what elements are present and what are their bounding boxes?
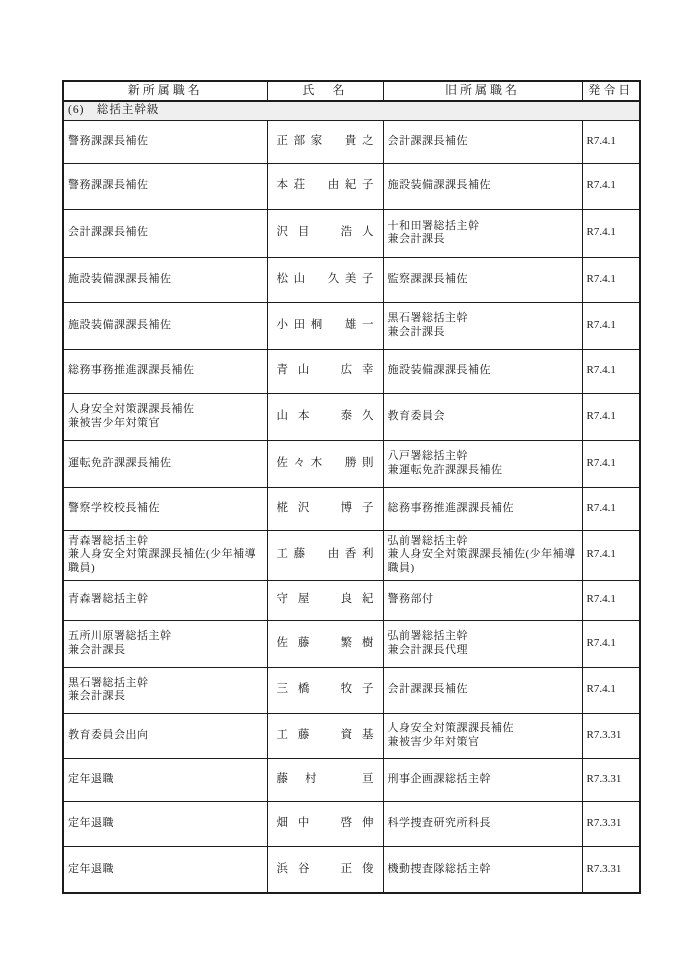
cell-new-position: 五所川原署総括主幹 兼会計課長 [63, 620, 267, 667]
cell-old-position: 十和田署総括主幹 兼会計課長 [383, 209, 582, 257]
cell-new-position: 警察学校校長補佐 [63, 487, 267, 530]
cell-name: 畑中 啓伸 [267, 801, 383, 846]
section-header: (6) 総括主幹級 [63, 101, 640, 120]
cell-new-position: 人身安全対策課課長補佐 兼被害少年対策官 [63, 393, 267, 440]
col-header-name: 氏 名 [267, 81, 383, 101]
person-name: 小田桐 雄一 [277, 319, 374, 333]
table-row: 定年退職 藤村 亘 刑事企画課総括主幹 R7.3.31 [63, 758, 640, 801]
cell-old-position: 監察課課長補佐 [383, 257, 582, 302]
cell-name: 工藤 資基 [267, 713, 383, 758]
cell-date: R7.3.31 [582, 713, 640, 758]
person-name: 守屋 良紀 [277, 593, 374, 607]
cell-date: R7.4.1 [582, 349, 640, 393]
cell-name: 工藤 由香利 [267, 530, 383, 580]
cell-old-position: 科学捜査研究所科長 [383, 801, 582, 846]
cell-name: 松山 久美子 [267, 257, 383, 302]
person-name: 浜谷 正俊 [277, 863, 374, 877]
table-row: 警務課課長補佐 本荘 由紀子 施設装備課課長補佐 R7.4.1 [63, 163, 640, 209]
person-name: 松山 久美子 [277, 273, 374, 287]
section-row: (6) 総括主幹級 [63, 101, 640, 120]
person-name: 工藤 資基 [277, 729, 374, 743]
cell-old-position: 会計課課長補佐 [383, 120, 582, 163]
cell-date: R7.3.31 [582, 801, 640, 846]
table-row: 警務課課長補佐 正部家 貴之 会計課課長補佐 R7.4.1 [63, 120, 640, 163]
cell-old-position: 教育委員会 [383, 393, 582, 440]
cell-old-position: 施設装備課課長補佐 [383, 163, 582, 209]
cell-date: R7.4.1 [582, 440, 640, 487]
cell-date: R7.4.1 [582, 530, 640, 580]
table-row: 総務事務推進課課長補佐 青山 広幸 施設装備課課長補佐 R7.4.1 [63, 349, 640, 393]
cell-date: R7.4.1 [582, 580, 640, 620]
cell-new-position: 運転免許課課長補佐 [63, 440, 267, 487]
cell-new-position: 黒石署総括主幹 兼会計課長 [63, 667, 267, 713]
cell-date: R7.4.1 [582, 257, 640, 302]
cell-new-position: 会計課課長補佐 [63, 209, 267, 257]
table-row: 五所川原署総括主幹 兼会計課長 佐藤 繁樹 弘前署総括主幹 兼会計課長代理 R7… [63, 620, 640, 667]
cell-name: 沢目 浩人 [267, 209, 383, 257]
table-header-row: 新所属職名 氏 名 旧所属職名 発令日 [63, 81, 640, 101]
cell-old-position: 機動捜査隊総括主幹 [383, 846, 582, 893]
cell-new-position: 総務事務推進課課長補佐 [63, 349, 267, 393]
table-row: 定年退職 畑中 啓伸 科学捜査研究所科長 R7.3.31 [63, 801, 640, 846]
cell-new-position: 教育委員会出向 [63, 713, 267, 758]
cell-name: 正部家 貴之 [267, 120, 383, 163]
cell-name: 本荘 由紀子 [267, 163, 383, 209]
cell-old-position: 総務事務推進課課長補佐 [383, 487, 582, 530]
cell-old-position: 施設装備課課長補佐 [383, 349, 582, 393]
document-page: 新所属職名 氏 名 旧所属職名 発令日 (6) 総括主幹級 警務課課長補佐 正部… [0, 0, 680, 961]
table-row: 黒石署総括主幹 兼会計課長 三橋 牧子 会計課課長補佐 R7.4.1 [63, 667, 640, 713]
cell-old-position: 弘前署総括主幹 兼会計課長代理 [383, 620, 582, 667]
table-row: 定年退職 浜谷 正俊 機動捜査隊総括主幹 R7.3.31 [63, 846, 640, 893]
cell-date: R7.3.31 [582, 758, 640, 801]
table-row: 会計課課長補佐 沢目 浩人 十和田署総括主幹 兼会計課長 R7.4.1 [63, 209, 640, 257]
cell-name: 三橋 牧子 [267, 667, 383, 713]
cell-new-position: 警務課課長補佐 [63, 163, 267, 209]
person-name: 本荘 由紀子 [277, 179, 374, 193]
cell-new-position: 定年退職 [63, 801, 267, 846]
cell-new-position: 警務課課長補佐 [63, 120, 267, 163]
cell-old-position: 黒石署総括主幹 兼会計課長 [383, 302, 582, 349]
cell-new-position: 施設装備課課長補佐 [63, 257, 267, 302]
table-row: 青森署総括主幹 守屋 良紀 警務部付 R7.4.1 [63, 580, 640, 620]
person-name: 沢目 浩人 [277, 226, 374, 240]
cell-old-position: 人身安全対策課課長補佐 兼被害少年対策官 [383, 713, 582, 758]
cell-old-position: 会計課課長補佐 [383, 667, 582, 713]
table-row: 警察学校校長補佐 椛沢 博子 総務事務推進課課長補佐 R7.4.1 [63, 487, 640, 530]
cell-date: R7.4.1 [582, 302, 640, 349]
cell-new-position: 青森署総括主幹 兼人身安全対策課課長補佐(少年補導職員) [63, 530, 267, 580]
cell-name: 佐々木 勝則 [267, 440, 383, 487]
table-row: 教育委員会出向 工藤 資基 人身安全対策課課長補佐 兼被害少年対策官 R7.3.… [63, 713, 640, 758]
person-name: 三橋 牧子 [277, 683, 374, 697]
cell-date: R7.4.1 [582, 487, 640, 530]
cell-name: 青山 広幸 [267, 349, 383, 393]
cell-name: 藤村 亘 [267, 758, 383, 801]
table-row: 施設装備課課長補佐 小田桐 雄一 黒石署総括主幹 兼会計課長 R7.4.1 [63, 302, 640, 349]
person-name: 藤村 亘 [277, 773, 374, 787]
person-name: 正部家 貴之 [277, 135, 374, 149]
col-header-new-position: 新所属職名 [63, 81, 267, 101]
cell-name: 佐藤 繁樹 [267, 620, 383, 667]
cell-name: 椛沢 博子 [267, 487, 383, 530]
table-row: 施設装備課課長補佐 松山 久美子 監察課課長補佐 R7.4.1 [63, 257, 640, 302]
person-name: 青山 広幸 [277, 364, 374, 378]
cell-old-position: 刑事企画課総括主幹 [383, 758, 582, 801]
cell-new-position: 定年退職 [63, 758, 267, 801]
table-row: 人身安全対策課課長補佐 兼被害少年対策官 山本 泰久 教育委員会 R7.4.1 [63, 393, 640, 440]
cell-date: R7.4.1 [582, 393, 640, 440]
cell-name: 山本 泰久 [267, 393, 383, 440]
cell-new-position: 青森署総括主幹 [63, 580, 267, 620]
person-name: 佐藤 繁樹 [277, 637, 374, 651]
person-name: 椛沢 博子 [277, 502, 374, 516]
cell-name: 小田桐 雄一 [267, 302, 383, 349]
person-name: 山本 泰久 [277, 410, 374, 424]
cell-old-position: 警務部付 [383, 580, 582, 620]
person-name: 工藤 由香利 [277, 548, 374, 562]
cell-old-position: 弘前署総括主幹 兼人身安全対策課課長補佐(少年補導職員) [383, 530, 582, 580]
cell-name: 浜谷 正俊 [267, 846, 383, 893]
cell-date: R7.4.1 [582, 163, 640, 209]
cell-date: R7.4.1 [582, 120, 640, 163]
table-row: 運転免許課課長補佐 佐々木 勝則 八戸署総括主幹 兼運転免許課課長補佐 R7.4… [63, 440, 640, 487]
personnel-table: 新所属職名 氏 名 旧所属職名 発令日 (6) 総括主幹級 警務課課長補佐 正部… [62, 80, 641, 894]
cell-name: 守屋 良紀 [267, 580, 383, 620]
cell-date: R7.4.1 [582, 667, 640, 713]
col-header-date: 発令日 [582, 81, 640, 101]
cell-date: R7.4.1 [582, 209, 640, 257]
col-header-old-position: 旧所属職名 [383, 81, 582, 101]
cell-date: R7.4.1 [582, 620, 640, 667]
cell-new-position: 施設装備課課長補佐 [63, 302, 267, 349]
table-row: 青森署総括主幹 兼人身安全対策課課長補佐(少年補導職員) 工藤 由香利 弘前署総… [63, 530, 640, 580]
cell-date: R7.3.31 [582, 846, 640, 893]
person-name: 佐々木 勝則 [277, 457, 374, 471]
person-name: 畑中 啓伸 [277, 817, 374, 831]
cell-old-position: 八戸署総括主幹 兼運転免許課課長補佐 [383, 440, 582, 487]
cell-new-position: 定年退職 [63, 846, 267, 893]
